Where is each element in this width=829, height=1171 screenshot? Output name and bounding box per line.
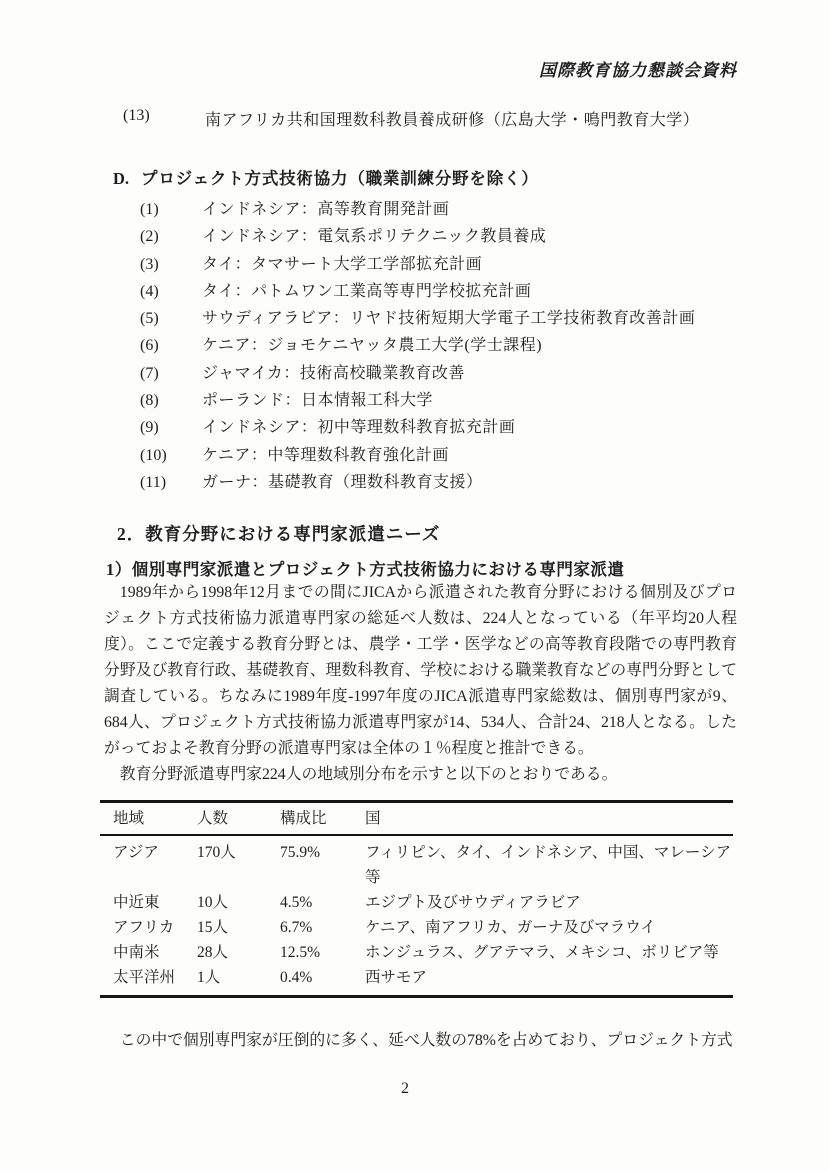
region-distribution-table: 地域 人数 構成比 国 アジア 170人 75.9% フィリピン、タイ、インドネ…	[100, 800, 733, 998]
table-row: 中近東 10人 4.5% エジプト及びサウディアラビア	[100, 890, 733, 915]
table-row: 太平洋州 1人 0.4% 西サモア	[100, 965, 733, 990]
column-header-countries: 国	[365, 807, 733, 831]
list-item-number: (3)	[140, 251, 202, 278]
list-item-number: (7)	[140, 360, 202, 387]
list-item: (3)タイ：タマサート大学工学部拡充計画	[140, 251, 695, 278]
list-item: (1)インドネシア：高等教育開発計画	[140, 196, 695, 223]
list-item-number: (8)	[140, 387, 202, 414]
cell-ratio: 4.5%	[280, 890, 365, 915]
document-page: 国際教育協力懇談会資料 (13) 南アフリカ共和国理数科教員養成研修（広島大学・…	[0, 0, 829, 1171]
cell-ratio: 0.4%	[280, 965, 365, 990]
paragraph-1: 1989年から1998年12月までの間にJICAから派遣された教育分野における個…	[104, 580, 737, 762]
cell-region: アジア	[100, 840, 197, 890]
list-item-number: (6)	[140, 332, 202, 359]
cell-ratio: 6.7%	[280, 915, 365, 940]
cell-countries: 西サモア	[365, 965, 733, 990]
table-row: 中南米 28人 12.5% ホンジュラス、グアテマラ、メキシコ、ボリビア等	[100, 940, 733, 965]
list-item-text: ケニア：ジョモケニヤッタ農工大学(学士課程)	[202, 332, 542, 359]
list-item-text: ジャマイカ：技術高校職業教育改善	[202, 360, 465, 387]
list-item-text: ポーランド：日本情報工科大学	[202, 387, 433, 414]
list-item-text: タイ：パトムワン工業高等専門学校拡充計画	[202, 278, 531, 305]
column-header-count: 人数	[197, 807, 280, 831]
cell-countries: フィリピン、タイ、インドネシア、中国、マレーシア等	[365, 840, 733, 890]
section-d-heading: D.プロジェクト方式技術協力（職業訓練分野を除く）	[113, 165, 539, 189]
list-item-number: (4)	[140, 278, 202, 305]
list-item-number: (5)	[140, 305, 202, 332]
list-item-text: インドネシア：電気系ポリテクニック教員養成	[202, 223, 546, 250]
cell-region: アフリカ	[100, 915, 197, 940]
list-item: (9)インドネシア：初中等理数科教育拡充計画	[140, 414, 695, 441]
cell-ratio: 12.5%	[280, 940, 365, 965]
list-item-text: ケニア：中等理数科教育強化計画	[202, 442, 449, 469]
cell-ratio: 75.9%	[280, 840, 365, 890]
list-item: (5)サウディアラビア：リヤド技術短期大学電子工学技術教育改善計画	[140, 305, 695, 332]
column-header-region: 地域	[100, 807, 197, 831]
cell-count: 1人	[197, 965, 280, 990]
cell-count: 15人	[197, 915, 280, 940]
cell-region: 中南米	[100, 940, 197, 965]
project-list: (1)インドネシア：高等教育開発計画 (2)インドネシア：電気系ポリテクニック教…	[140, 196, 695, 496]
table-header-row: 地域 人数 構成比 国	[100, 803, 733, 836]
list-item-number: (2)	[140, 223, 202, 250]
cell-count: 170人	[197, 840, 280, 890]
header-note: 国際教育協力懇談会資料	[0, 56, 737, 81]
paragraph-2: 教育分野派遣専門家224人の地域別分布を示すと以下のとおりである。	[104, 762, 737, 788]
cell-countries: エジプト及びサウディアラビア	[365, 890, 733, 915]
list-item: (2)インドネシア：電気系ポリテクニック教員養成	[140, 223, 695, 250]
list-item-number: (1)	[140, 196, 202, 223]
section-d-title: プロジェクト方式技術協力（職業訓練分野を除く）	[141, 169, 539, 188]
table-body: アジア 170人 75.9% フィリピン、タイ、インドネシア、中国、マレーシア等…	[100, 836, 733, 995]
list-item-text: インドネシア：高等教育開発計画	[202, 196, 449, 223]
list-item: (11)ガーナ：基礎教育（理数科教育支援）	[140, 469, 695, 496]
cell-count: 10人	[197, 890, 280, 915]
main-paragraphs: 1989年から1998年12月までの間にJICAから派遣された教育分野における個…	[104, 580, 737, 788]
section-d-label: D.	[113, 169, 129, 188]
list-item-number: (9)	[140, 414, 202, 441]
cell-region: 中近東	[100, 890, 197, 915]
list-item-text: ガーナ：基礎教育（理数科教育支援）	[202, 469, 483, 496]
list-item-text: タイ：タマサート大学工学部拡充計画	[202, 251, 482, 278]
table-row: アジア 170人 75.9% フィリピン、タイ、インドネシア、中国、マレーシア等	[100, 840, 733, 890]
list-item-text: 南アフリカ共和国理数科教員養成研修（広島大学・鳴門教育大学）	[205, 107, 699, 130]
table-row: アフリカ 15人 6.7% ケニア、南アフリカ、ガーナ及びマラウイ	[100, 915, 733, 940]
paragraph-3: この中で個別専門家が圧倒的に多く、延べ人数の78%を占めており、プロジェクト方式	[104, 1028, 737, 1054]
list-item: (8)ポーランド：日本情報工科大学	[140, 387, 695, 414]
list-item-13: (13) 南アフリカ共和国理数科教員養成研修（広島大学・鳴門教育大学）	[123, 107, 699, 130]
list-item-number: (11)	[140, 469, 202, 496]
list-item: (10)ケニア：中等理数科教育強化計画	[140, 442, 695, 469]
list-item: (4)タイ：パトムワン工業高等専門学校拡充計画	[140, 278, 695, 305]
cell-region: 太平洋州	[100, 965, 197, 990]
column-header-ratio: 構成比	[280, 807, 365, 831]
section-2-heading: 2．教育分野における専門家派遣ニーズ	[117, 521, 440, 546]
list-item-text: インドネシア：初中等理数科教育拡充計画	[202, 414, 515, 441]
closing-paragraph-block: この中で個別専門家が圧倒的に多く、延べ人数の78%を占めており、プロジェクト方式	[104, 1028, 737, 1054]
cell-count: 28人	[197, 940, 280, 965]
list-item-text: サウディアラビア：リヤド技術短期大学電子工学技術教育改善計画	[202, 305, 695, 332]
list-item-number: (13)	[123, 107, 205, 130]
cell-countries: ケニア、南アフリカ、ガーナ及びマラウイ	[365, 915, 733, 940]
subsection-1-heading: 1）個別専門家派遣とプロジェクト方式技術協力における専門家派遣	[106, 556, 624, 580]
cell-countries: ホンジュラス、グアテマラ、メキシコ、ボリビア等	[365, 940, 733, 965]
list-item: (6)ケニア：ジョモケニヤッタ農工大学(学士課程)	[140, 332, 695, 359]
list-item-number: (10)	[140, 442, 202, 469]
list-item: (7)ジャマイカ：技術高校職業教育改善	[140, 360, 695, 387]
page-number: 2	[0, 1080, 810, 1098]
